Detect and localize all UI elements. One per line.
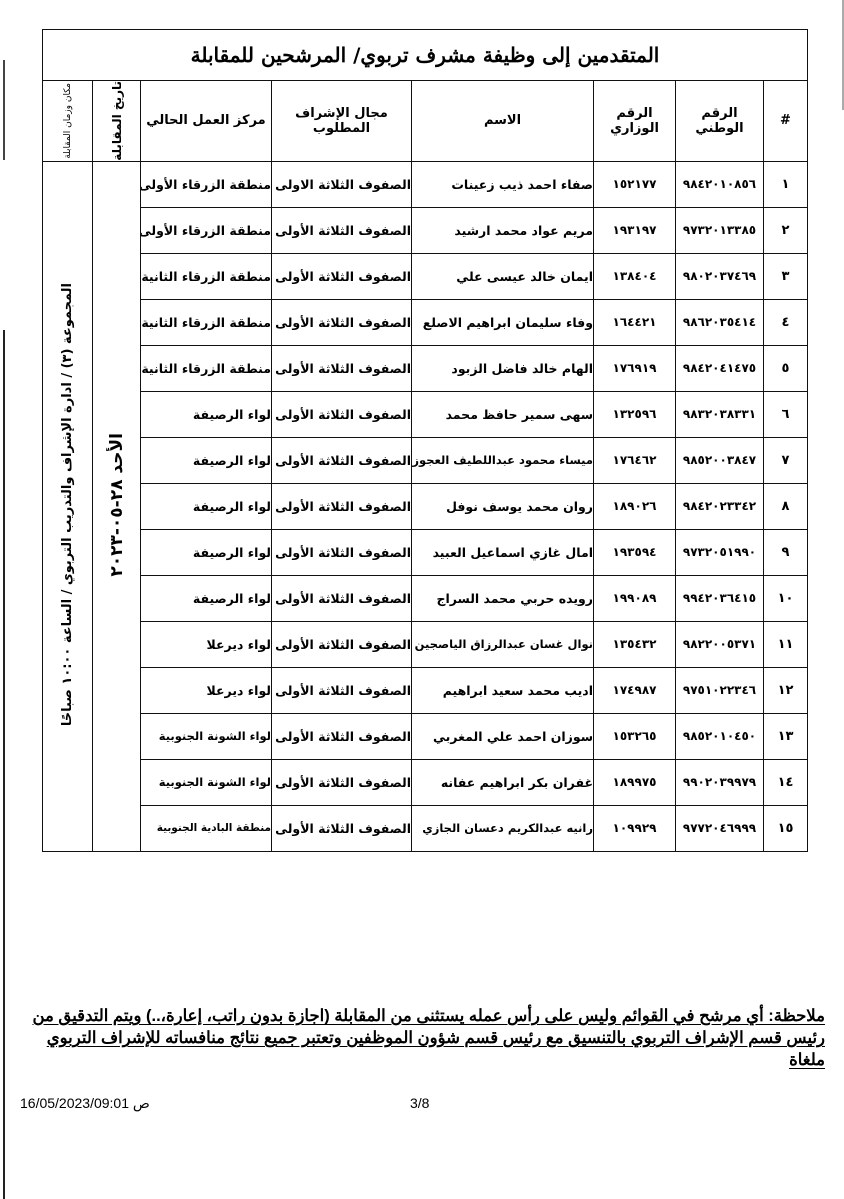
row-field: الصفوف الثلاثة الأولى (272, 483, 412, 529)
row-ministerial-id: ١٩٣١٩٧ (594, 207, 676, 253)
col-header-national-id: الرقم الوطني (676, 81, 764, 162)
row-work-center: لواء الرصيفة (141, 391, 272, 437)
table-row: ١٣ ٩٨٥٢٠١٠٤٥٠ ١٥٣٢٦٥ سوزان احمد علي المغ… (43, 713, 808, 759)
row-field: الصفوف الثلاثة الأولى (272, 437, 412, 483)
table-row: ٢ ٩٧٣٢٠١٣٣٨٥ ١٩٣١٩٧ مريم عواد محمد ارشيد… (43, 207, 808, 253)
table-row: ٥ ٩٨٤٢٠٤١٤٧٥ ١٧٦٩١٩ الهام خالد فاضل الزب… (43, 345, 808, 391)
row-field: الصفوف الثلاثة الأولى (272, 805, 412, 851)
row-ministerial-id: ١٨٩٠٢٦ (594, 483, 676, 529)
table-row: ١٥ ٩٧٧٢٠٤٦٩٩٩ ١٠٩٩٢٩ رانيه عبدالكريم دعس… (43, 805, 808, 851)
col-header-field: مجال الإشراف المطلوب (272, 81, 412, 162)
row-index: ٣ (764, 253, 808, 299)
row-index: ٩ (764, 529, 808, 575)
row-name: امال غازي اسماعيل العبيد (412, 529, 594, 575)
row-field: الصفوف الثلاثة الأولى (272, 345, 412, 391)
row-national-id: ٩٨٢٢٠٠٥٣٧١ (676, 621, 764, 667)
row-index: ٢ (764, 207, 808, 253)
table-header-row: # الرقم الوطني الرقم الوزاري الاسم مجال … (43, 81, 808, 162)
row-name: رويده حربي محمد السراج (412, 575, 594, 621)
row-national-id: ٩٩٠٢٠٣٩٩٧٩ (676, 759, 764, 805)
row-index: ٤ (764, 299, 808, 345)
row-work-center: لواء الرصيفة (141, 529, 272, 575)
candidates-table: المتقدمين إلى وظيفة مشرف تربوي/ المرشحين… (42, 29, 808, 852)
row-name: سهى سمير حافظ محمد (412, 391, 594, 437)
row-name: رانيه عبدالكريم دعسان الجازي (412, 805, 594, 851)
row-work-center: لواء الشونة الجنوبية (141, 759, 272, 805)
row-work-center: منطقة البادية الجنوبية (141, 805, 272, 851)
row-index: ٧ (764, 437, 808, 483)
row-ministerial-id: ١٩٩٠٨٩ (594, 575, 676, 621)
row-name: روان محمد يوسف نوفل (412, 483, 594, 529)
row-ministerial-id: ١٦٤٤٢١ (594, 299, 676, 345)
row-name: اديب محمد سعيد ابراهيم (412, 667, 594, 713)
col-header-name: الاسم (412, 81, 594, 162)
row-field: الصفوف الثلاثة الأولى (272, 575, 412, 621)
col-header-ministerial-id: الرقم الوزاري (594, 81, 676, 162)
row-index: ١١ (764, 621, 808, 667)
row-ministerial-id: ١٨٩٩٧٥ (594, 759, 676, 805)
table-row: ١٤ ٩٩٠٢٠٣٩٩٧٩ ١٨٩٩٧٥ غفران بكر ابراهيم ع… (43, 759, 808, 805)
row-name: مريم عواد محمد ارشيد (412, 207, 594, 253)
row-national-id: ٩٨٣٢٠٣٨٣٣١ (676, 391, 764, 437)
row-national-id: ٩٨٤٢٠١٠٨٥٦ (676, 161, 764, 207)
table-row: ٤ ٩٨٦٢٠٣٥٤١٤ ١٦٤٤٢١ وفاء سليمان ابراهيم … (43, 299, 808, 345)
row-national-id: ٩٨٥٢٠١٠٤٥٠ (676, 713, 764, 759)
col-header-interview-date-label: تاريخ المقابلة (110, 81, 124, 161)
row-field: الصفوف الثلاثة الاولى (272, 161, 412, 207)
table-row: ٦ ٩٨٣٢٠٣٨٣٣١ ١٣٢٥٩٦ سهى سمير حافظ محمد ا… (43, 391, 808, 437)
col-header-work-center: مركز العمل الحالي (141, 81, 272, 162)
row-field: الصفوف الثلاثة الأولى (272, 391, 412, 437)
row-work-center: لواء ديرعلا (141, 621, 272, 667)
row-work-center: لواء الشونة الجنوبية (141, 713, 272, 759)
interview-date-value: الأحد ٢٨-٠٥-٢٠٢٣ (107, 433, 127, 577)
row-index: ١٠ (764, 575, 808, 621)
row-name: ايمان خالد عيسى علي (412, 253, 594, 299)
row-national-id: ٩٧٣٢٠٥١٩٩٠ (676, 529, 764, 575)
row-work-center: منطقة الزرقاء الأولى (141, 207, 272, 253)
table-row: ٩ ٩٧٣٢٠٥١٩٩٠ ١٩٣٥٩٤ امال غازي اسماعيل ال… (43, 529, 808, 575)
table-row: ٧ ٩٨٥٢٠٠٣٨٤٧ ١٧٦٤٦٢ ميساء محمود عبداللطي… (43, 437, 808, 483)
row-field: الصفوف الثلاثة الأولى (272, 621, 412, 667)
row-ministerial-id: ١٧٤٩٨٧ (594, 667, 676, 713)
row-name: وفاء سليمان ابراهيم الاصلع (412, 299, 594, 345)
col-header-interview-date: تاريخ المقابلة (93, 81, 141, 162)
col-header-interview-place-time-label: مكان وزمان المقابلة (63, 83, 73, 159)
row-name: ميساء محمود عبداللطيف العجوز (412, 437, 594, 483)
row-ministerial-id: ١٩٣٥٩٤ (594, 529, 676, 575)
scan-artifact (3, 60, 5, 160)
row-index: ٦ (764, 391, 808, 437)
interview-place-time-value: المجموعة (٣) / ادارة الإشراف والتدريب ال… (60, 283, 75, 726)
table-title: المتقدمين إلى وظيفة مشرف تربوي/ المرشحين… (43, 30, 808, 81)
row-national-id: ٩٨٦٢٠٣٥٤١٤ (676, 299, 764, 345)
table-row: ١ ٩٨٤٢٠١٠٨٥٦ ١٥٢١٧٧ صفاء احمد ذيب زعينات… (43, 161, 808, 207)
row-work-center: لواء ديرعلا (141, 667, 272, 713)
table-row: ١٢ ٩٧٥١٠٢٢٣٤٦ ١٧٤٩٨٧ اديب محمد سعيد ابرا… (43, 667, 808, 713)
row-field: الصفوف الثلاثة الأولى (272, 667, 412, 713)
row-index: ٨ (764, 483, 808, 529)
row-index: ١٣ (764, 713, 808, 759)
row-ministerial-id: ١٧٦٤٦٢ (594, 437, 676, 483)
print-timestamp: 16/05/2023/09:01 ص (20, 1095, 150, 1112)
row-index: ١٤ (764, 759, 808, 805)
row-national-id: ٩٧٥١٠٢٢٣٤٦ (676, 667, 764, 713)
disclaimer-note: ملاحظة: أي مرشح في القوائم وليس على رأس … (20, 1005, 825, 1071)
row-field: الصفوف الثلاثة الأولى (272, 253, 412, 299)
row-work-center: لواء الرصيفة (141, 575, 272, 621)
row-work-center: لواء الرصيفة (141, 437, 272, 483)
row-name: غفران بكر ابراهيم عفانه (412, 759, 594, 805)
row-work-center: لواء الرصيفة (141, 483, 272, 529)
table-row: ١١ ٩٨٢٢٠٠٥٣٧١ ١٣٥٤٣٢ نوال غسان عبدالرزاق… (43, 621, 808, 667)
row-work-center: منطقة الزرقاء الثانية (141, 253, 272, 299)
row-name: الهام خالد فاضل الزبود (412, 345, 594, 391)
row-national-id: ٩٨٥٢٠٠٣٨٤٧ (676, 437, 764, 483)
row-national-id: ٩٨٤٢٠٤١٤٧٥ (676, 345, 764, 391)
row-ministerial-id: ١٣٥٤٣٢ (594, 621, 676, 667)
row-national-id: ٩٧٧٢٠٤٦٩٩٩ (676, 805, 764, 851)
row-index: ٥ (764, 345, 808, 391)
row-ministerial-id: ١٧٦٩١٩ (594, 345, 676, 391)
row-work-center: منطقة الزرقاء الثانية (141, 345, 272, 391)
row-national-id: ٩٩٤٢٠٣٦٤١٥ (676, 575, 764, 621)
row-index: ١٢ (764, 667, 808, 713)
row-name: نوال غسان عبدالرزاق الياصجين (412, 621, 594, 667)
table-row: ٣ ٩٨٠٢٠٣٧٤٦٩ ١٣٨٤٠٤ ايمان خالد عيسى علي … (43, 253, 808, 299)
row-field: الصفوف الثلاثة الأولى (272, 529, 412, 575)
scan-artifact (3, 330, 5, 1199)
table-row: ١٠ ٩٩٤٢٠٣٦٤١٥ ١٩٩٠٨٩ رويده حربي محمد الس… (43, 575, 808, 621)
row-field: الصفوف الثلاثة الأولى (272, 207, 412, 253)
row-ministerial-id: ١٣٨٤٠٤ (594, 253, 676, 299)
col-header-interview-place-time: مكان وزمان المقابلة (43, 81, 93, 162)
page-number: 3/8 (410, 1095, 429, 1111)
interview-place-time-cell: المجموعة (٣) / ادارة الإشراف والتدريب ال… (43, 161, 93, 851)
row-name: صفاء احمد ذيب زعينات (412, 161, 594, 207)
row-national-id: ٩٨٠٢٠٣٧٤٦٩ (676, 253, 764, 299)
row-ministerial-id: ١٣٢٥٩٦ (594, 391, 676, 437)
row-national-id: ٩٧٣٢٠١٣٣٨٥ (676, 207, 764, 253)
row-ministerial-id: ١٥٢١٧٧ (594, 161, 676, 207)
row-field: الصفوف الثلاثة الأولى (272, 299, 412, 345)
row-ministerial-id: ١٥٣٢٦٥ (594, 713, 676, 759)
table-row: ٨ ٩٨٤٢٠٢٣٣٤٢ ١٨٩٠٢٦ روان محمد يوسف نوفل … (43, 483, 808, 529)
row-work-center: منطقة الزرقاء الأولى (141, 161, 272, 207)
row-index: ١ (764, 161, 808, 207)
row-field: الصفوف الثلاثة الأولى (272, 759, 412, 805)
interview-date-cell: الأحد ٢٨-٠٥-٢٠٢٣ (93, 161, 141, 851)
row-work-center: منطقة الزرقاء الثانية (141, 299, 272, 345)
row-index: ١٥ (764, 805, 808, 851)
row-ministerial-id: ١٠٩٩٢٩ (594, 805, 676, 851)
row-national-id: ٩٨٤٢٠٢٣٣٤٢ (676, 483, 764, 529)
row-field: الصفوف الثلاثة الأولى (272, 713, 412, 759)
row-name: سوزان احمد علي المغربي (412, 713, 594, 759)
col-header-index: # (764, 81, 808, 162)
